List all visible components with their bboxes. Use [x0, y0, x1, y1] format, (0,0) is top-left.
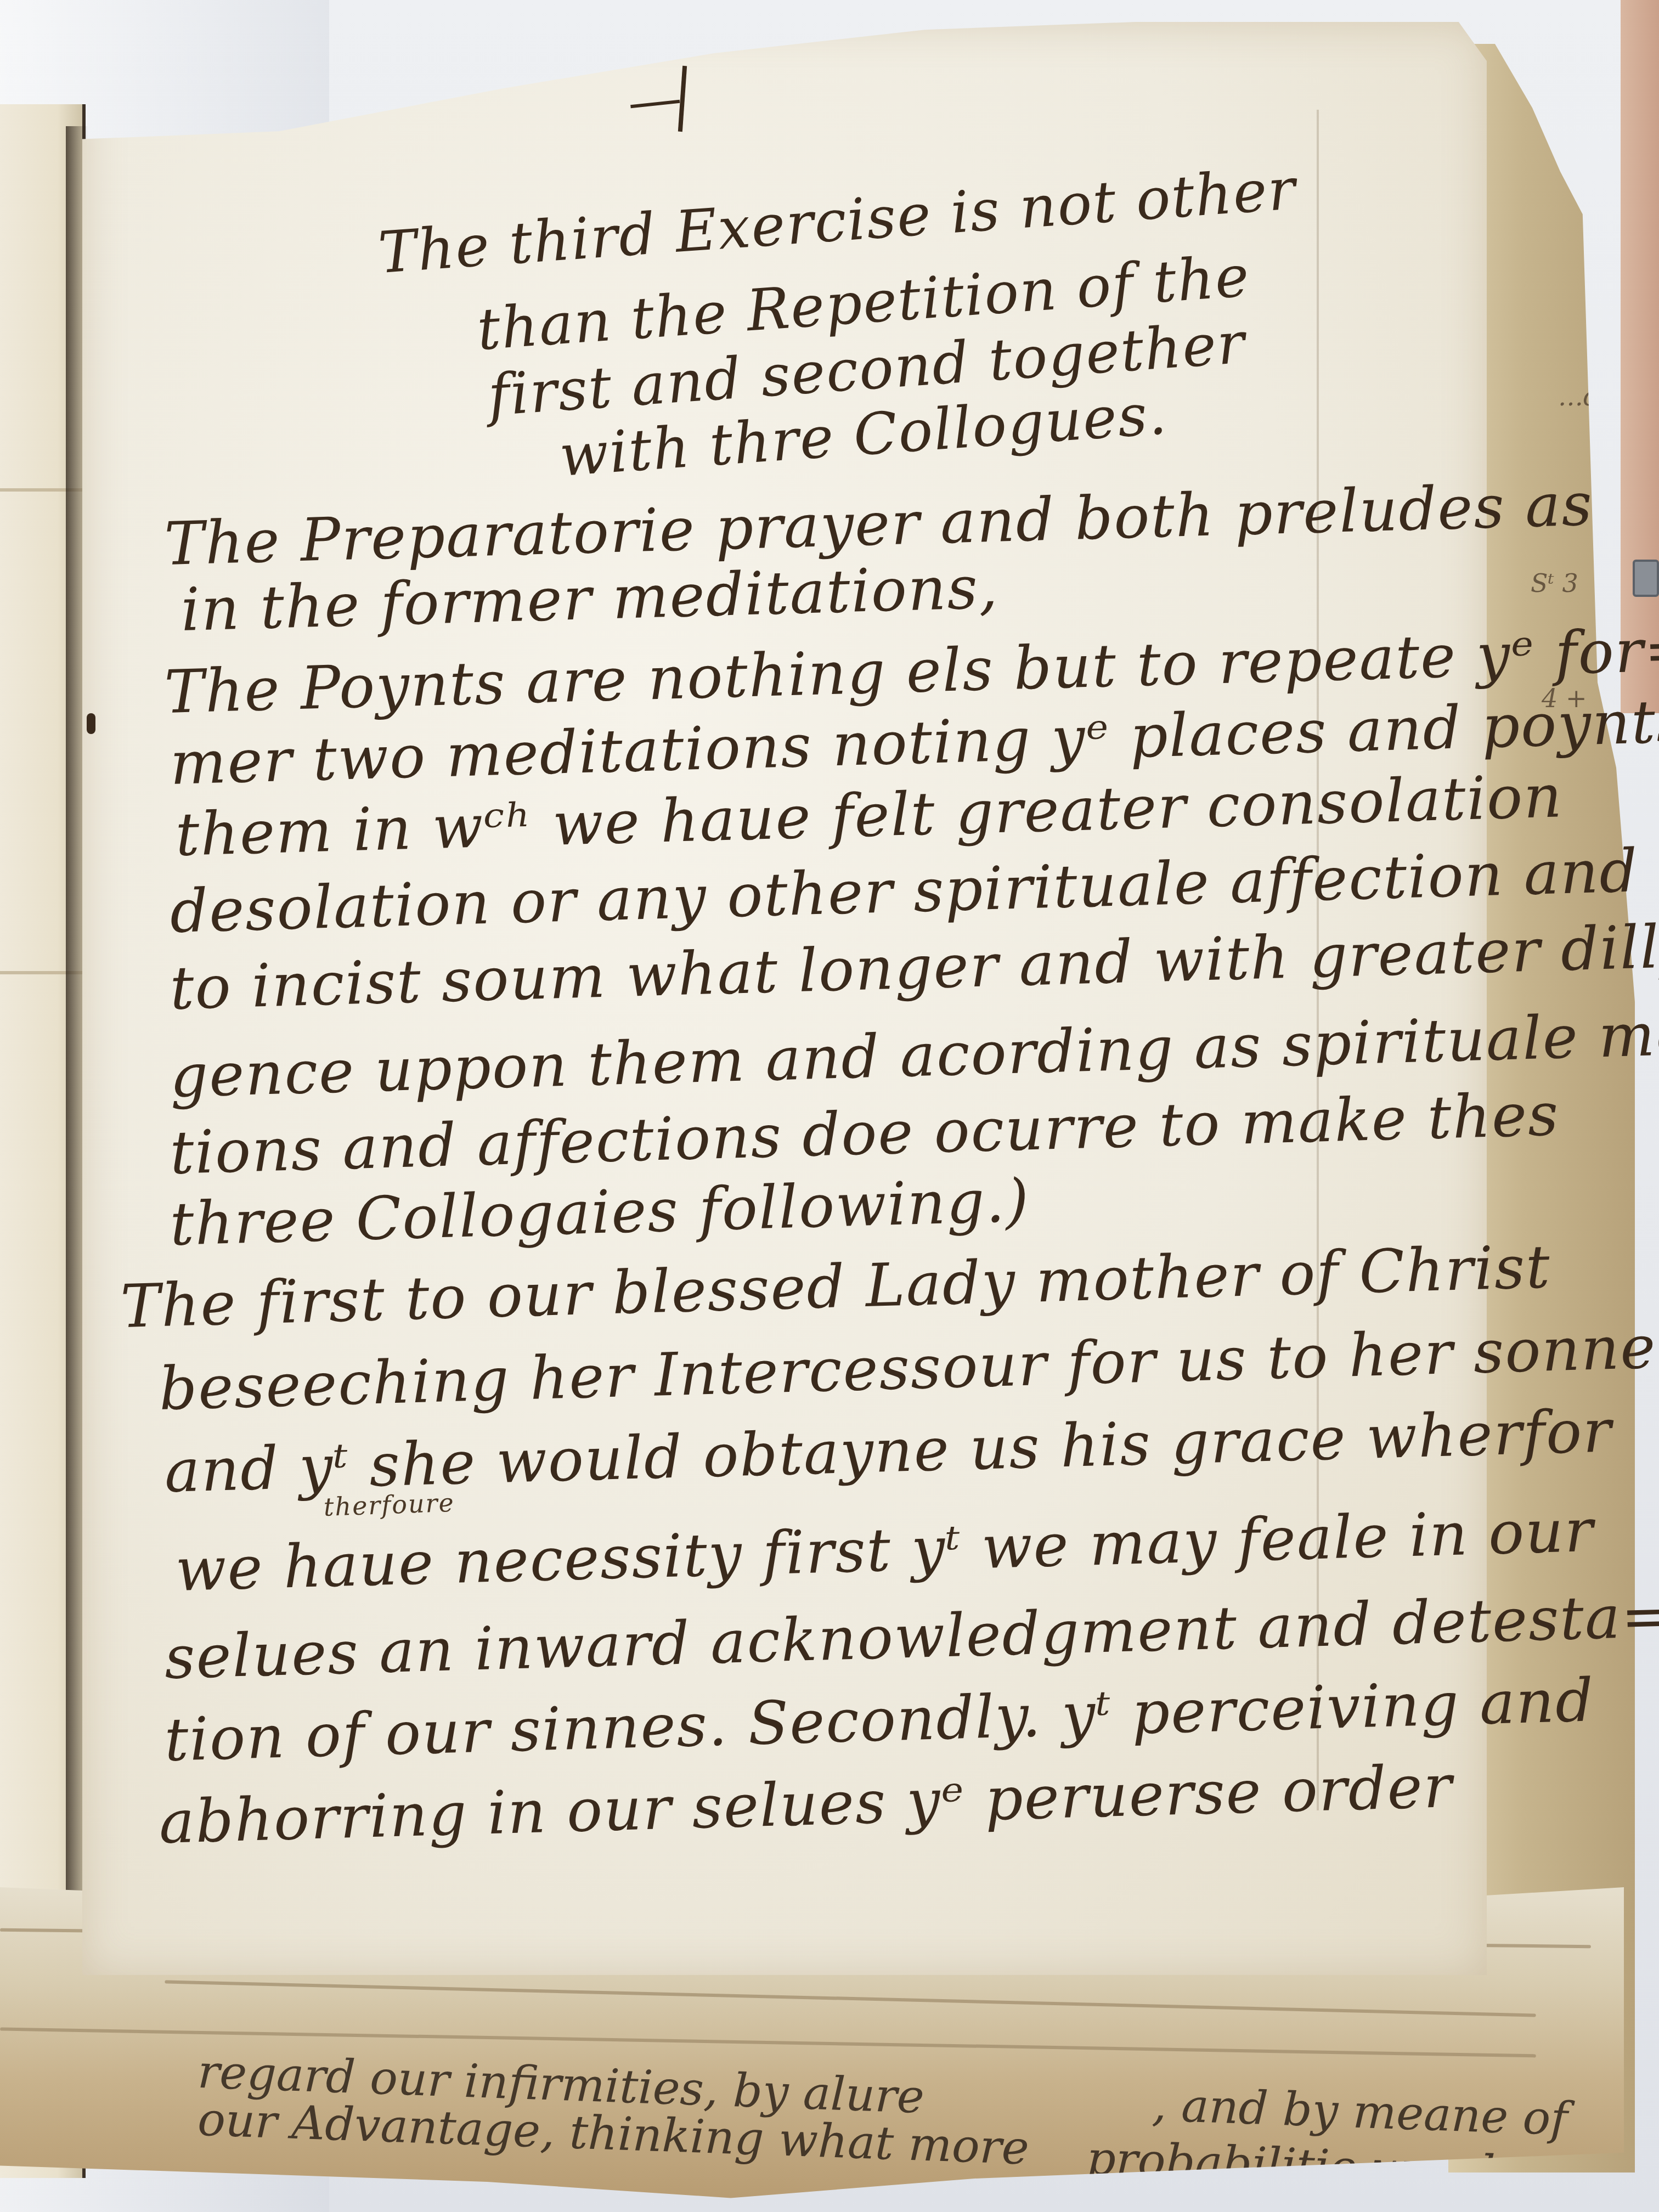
photo-scene: Sᵗ 3 4 + …d regard our infirmities, by a… — [0, 0, 1659, 2212]
margin-fragment: Sᵗ 3 — [1531, 571, 1578, 596]
margin-bullet — [87, 713, 95, 734]
metal-clip — [1633, 560, 1659, 597]
interlinear-insertion: therfoure — [323, 1488, 455, 1522]
table-edge — [1621, 0, 1659, 713]
margin-fragment: …d — [1558, 384, 1599, 409]
water-stain-line — [165, 1980, 1536, 2017]
